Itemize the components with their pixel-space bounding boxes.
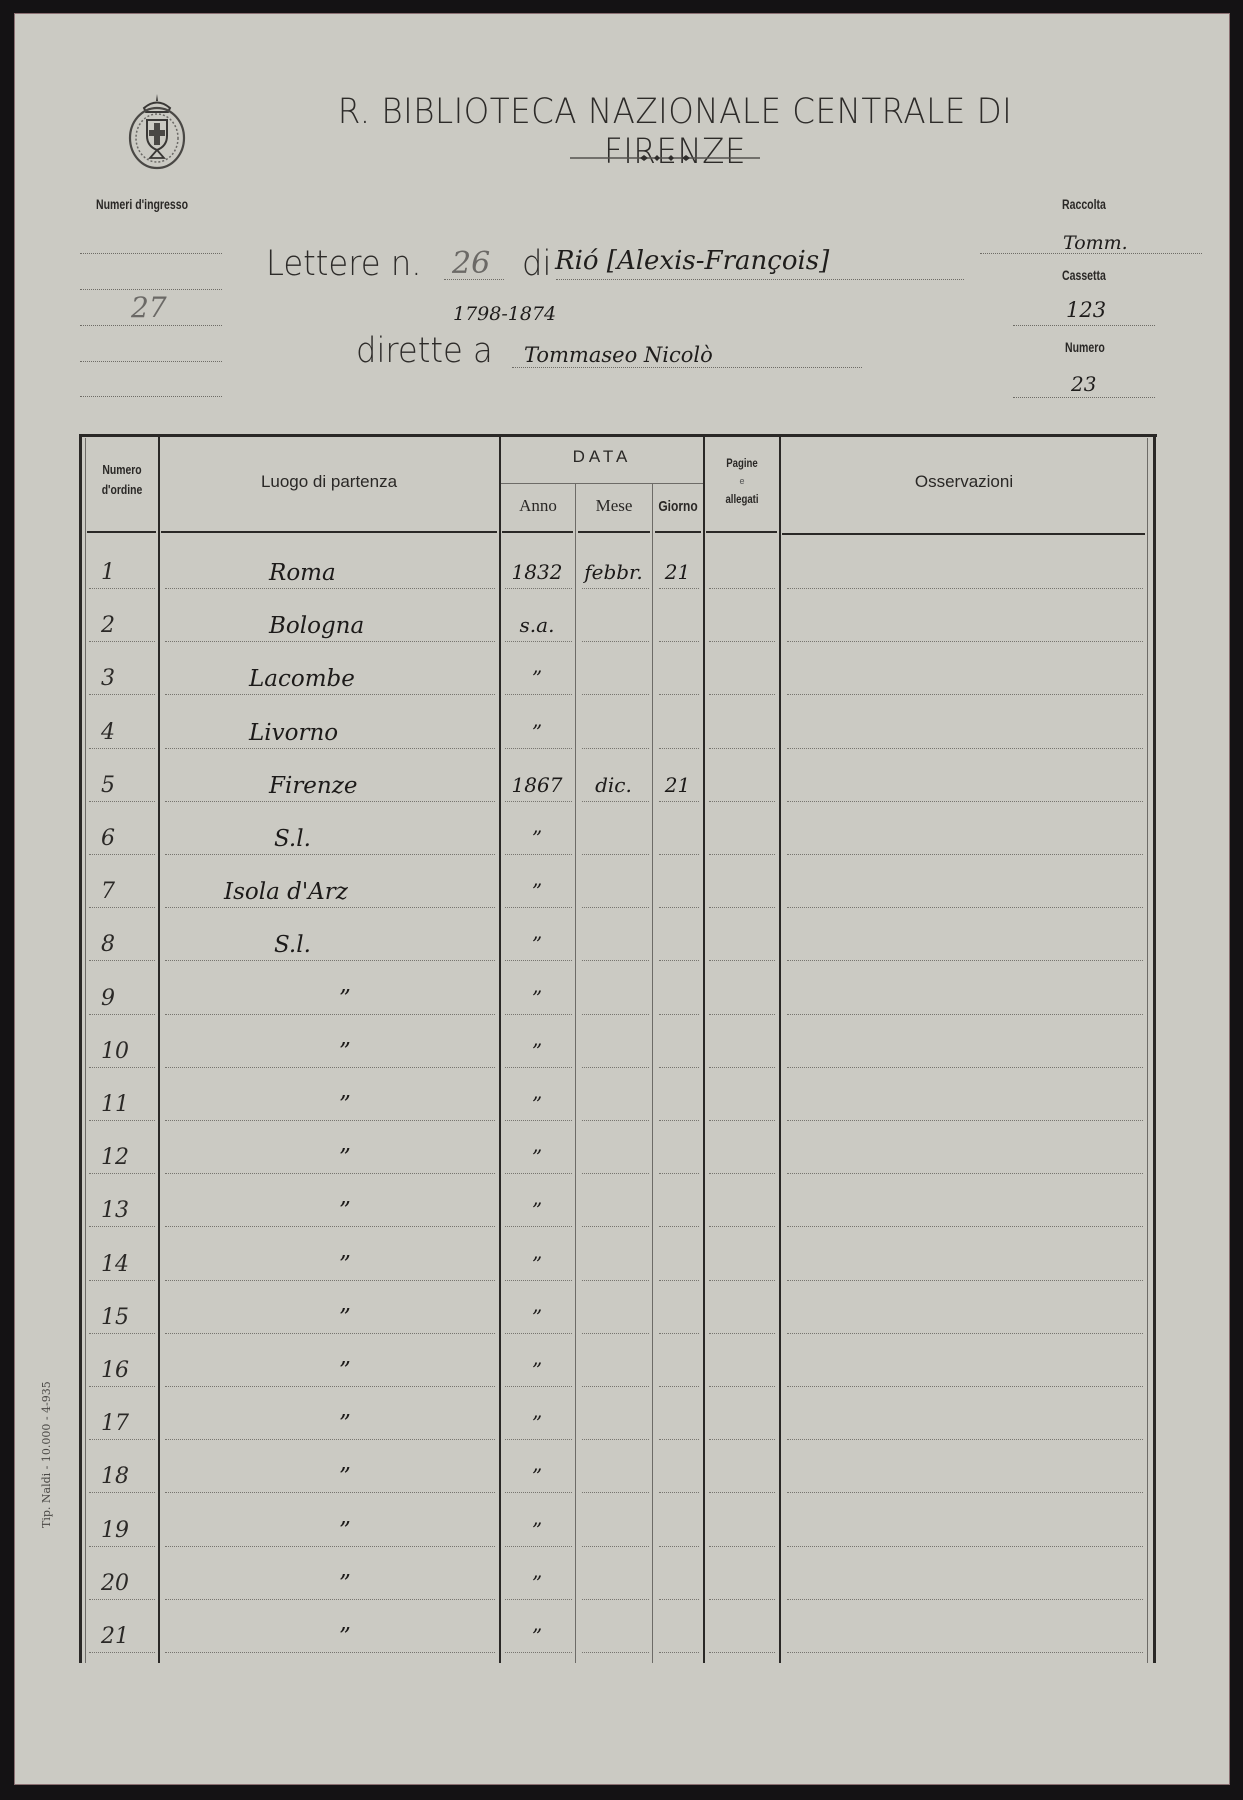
cell-giorno	[652, 1547, 703, 1600]
row-number: 11	[101, 1092, 129, 1117]
header-rule-pagine	[706, 531, 777, 533]
numeri-ingresso-label: Numeri d'ingresso	[96, 197, 188, 212]
cell-osservazioni	[779, 1600, 1147, 1653]
cell-mese	[575, 1387, 652, 1440]
row-number: 16	[101, 1358, 129, 1383]
table-row: 15””	[79, 1281, 1157, 1334]
row-anno: 1832	[499, 560, 575, 584]
cell-anno: ”	[499, 855, 575, 908]
row-anno: ”	[499, 1411, 575, 1435]
cassetta-label: Cassetta	[1062, 268, 1106, 283]
cell-anno: 1832	[499, 536, 575, 589]
cell-giorno	[652, 1600, 703, 1653]
cell-mese	[575, 589, 652, 642]
raccolta-value: Tomm.	[1063, 232, 1128, 254]
row-luogo: ”	[339, 1198, 351, 1224]
cell-pagine	[703, 589, 779, 642]
cell-osservazioni	[779, 696, 1147, 749]
cassetta-line	[1013, 325, 1155, 326]
row-luogo: Firenze	[269, 773, 357, 799]
cell-pagine	[703, 1174, 779, 1227]
row-number: 8	[101, 932, 115, 957]
row-luogo: Bologna	[269, 613, 364, 639]
cell-mese	[575, 908, 652, 961]
row-number: 5	[101, 773, 115, 798]
cell-osservazioni	[779, 855, 1147, 908]
header-rule-mese	[578, 531, 650, 533]
cell-giorno	[652, 1334, 703, 1387]
cell-giorno	[652, 1174, 703, 1227]
table-row: 14””	[79, 1228, 1157, 1281]
row-anno: ”	[499, 986, 575, 1010]
header-anno: Anno	[501, 496, 575, 516]
header-pagine-line2: e	[705, 472, 779, 490]
printer-imprint: Tip. Naldi - 10.000 - 4-935	[40, 1381, 53, 1528]
header-pagine-allegati: Pagine e allegati	[705, 454, 779, 508]
header-luogo-partenza: Luogo di partenza	[161, 472, 497, 492]
row-anno: ”	[499, 1092, 575, 1116]
table-row: 7Isola d'Arz”	[79, 855, 1157, 908]
cell-anno: ”	[499, 1387, 575, 1440]
cell-mese	[575, 1440, 652, 1493]
cell-mese	[575, 1228, 652, 1281]
cell-osservazioni	[779, 536, 1147, 589]
cell-osservazioni	[779, 1387, 1147, 1440]
ingresso-line-4	[80, 361, 222, 362]
cell-giorno	[652, 1387, 703, 1440]
row-number: 12	[101, 1145, 129, 1170]
numero-label: Numero	[1065, 340, 1105, 355]
cell-anno: ”	[499, 802, 575, 855]
cell-mese	[575, 802, 652, 855]
cell-pagine	[703, 1494, 779, 1547]
row-luogo: Isola d'Arz	[224, 879, 348, 905]
header-numero-line2: d'ordine	[94, 480, 150, 500]
recipient-name: Tommaseo Nicolò	[524, 343, 713, 367]
cell-osservazioni	[779, 1015, 1147, 1068]
row-anno: ”	[499, 1624, 575, 1648]
cell-osservazioni	[779, 802, 1147, 855]
cell-pagine	[703, 1068, 779, 1121]
header-rule-giorno	[655, 531, 701, 533]
cell-anno: ”	[499, 1121, 575, 1174]
ingresso-line-1	[80, 253, 222, 254]
table-row: 16””	[79, 1334, 1157, 1387]
cell-pagine	[703, 749, 779, 802]
cell-anno: ”	[499, 1334, 575, 1387]
row-number: 2	[101, 613, 115, 638]
cell-mese	[575, 1334, 652, 1387]
cell-giorno: 21	[652, 749, 703, 802]
cell-osservazioni	[779, 1121, 1147, 1174]
ingresso-line-5	[80, 396, 222, 397]
cell-osservazioni	[779, 1547, 1147, 1600]
cell-anno: ”	[499, 1494, 575, 1547]
table-row: 17””	[79, 1387, 1157, 1440]
cell-pagine	[703, 1547, 779, 1600]
header-rule-numero	[87, 531, 156, 533]
table-row: 3Lacombe”	[79, 642, 1157, 695]
row-number: 21	[101, 1624, 129, 1649]
cell-anno: ”	[499, 696, 575, 749]
row-number: 6	[101, 826, 115, 851]
header-rule-anno	[502, 531, 573, 533]
ornament-divider	[570, 154, 760, 162]
row-anno: 1867	[499, 773, 575, 797]
row-luogo: S.l.	[274, 826, 311, 852]
row-luogo: Lacombe	[249, 666, 355, 692]
row-number: 1	[101, 560, 115, 585]
row-luogo: ”	[339, 1624, 351, 1650]
row-anno: ”	[499, 1305, 575, 1329]
cell-anno: ”	[499, 642, 575, 695]
ingresso-line-2	[80, 289, 222, 290]
header-numero-line1: Numero	[94, 460, 150, 480]
cell-osservazioni	[779, 1068, 1147, 1121]
row-anno: ”	[499, 879, 575, 903]
cell-mese	[575, 1547, 652, 1600]
cell-anno: ”	[499, 1547, 575, 1600]
row-anno: ”	[499, 666, 575, 690]
table-row: 18””	[79, 1440, 1157, 1493]
cell-osservazioni	[779, 1281, 1147, 1334]
row-number: 18	[101, 1464, 129, 1489]
ingresso-line-3	[80, 325, 222, 326]
cell-anno: ”	[499, 1440, 575, 1493]
cell-giorno	[652, 1228, 703, 1281]
row-rule-luogo	[165, 1652, 495, 1653]
cell-giorno	[652, 1281, 703, 1334]
cell-osservazioni	[779, 962, 1147, 1015]
row-anno: ”	[499, 1358, 575, 1382]
cell-pagine	[703, 1228, 779, 1281]
table-row: 4Livorno”	[79, 696, 1157, 749]
row-anno: ”	[499, 1145, 575, 1169]
table-row: 2Bolognas.a.	[79, 589, 1157, 642]
row-luogo: ”	[339, 986, 351, 1012]
row-luogo: ”	[339, 1145, 351, 1171]
row-number: 13	[101, 1198, 129, 1223]
cell-osservazioni	[779, 1440, 1147, 1493]
royal-crest-icon	[122, 92, 192, 176]
header-numero-ordine: Numero d'ordine	[94, 460, 150, 500]
cell-osservazioni	[779, 1174, 1147, 1227]
cell-mese	[575, 642, 652, 695]
row-luogo: ”	[339, 1092, 351, 1118]
cell-anno: ”	[499, 1174, 575, 1227]
table-row: 19””	[79, 1494, 1157, 1547]
row-mese: febbr.	[575, 560, 652, 584]
cell-mese: dic.	[575, 749, 652, 802]
recipient-line	[512, 367, 862, 368]
cell-giorno	[652, 1121, 703, 1174]
cell-giorno	[652, 696, 703, 749]
row-number: 3	[101, 666, 115, 691]
table-row: 5Firenze1867dic.21	[79, 749, 1157, 802]
cell-giorno	[652, 642, 703, 695]
author-name: Rió [Alexis-François]	[555, 246, 829, 276]
cell-mese	[575, 855, 652, 908]
row-luogo: ”	[339, 1571, 351, 1597]
cell-mese	[575, 1174, 652, 1227]
cell-giorno	[652, 962, 703, 1015]
cell-pagine	[703, 1600, 779, 1653]
row-luogo: ”	[339, 1252, 351, 1278]
cell-anno: ”	[499, 1228, 575, 1281]
cell-pagine	[703, 1281, 779, 1334]
cell-pagine	[703, 962, 779, 1015]
cell-giorno	[652, 1015, 703, 1068]
row-number: 17	[101, 1411, 129, 1436]
row-anno: ”	[499, 826, 575, 850]
cell-giorno	[652, 1440, 703, 1493]
letters-register-table: Numero d'ordine Luogo di partenza DATA A…	[79, 434, 1157, 1663]
header-giorno: Giorno	[658, 498, 698, 515]
row-luogo: ”	[339, 1464, 351, 1490]
cell-osservazioni	[779, 589, 1147, 642]
row-anno: ”	[499, 932, 575, 956]
table-row: 10””	[79, 1015, 1157, 1068]
cell-giorno	[652, 1494, 703, 1547]
row-anno: ”	[499, 1464, 575, 1488]
cell-osservazioni	[779, 1494, 1147, 1547]
cell-pagine	[703, 536, 779, 589]
cell-pagine	[703, 1440, 779, 1493]
table-row: 6S.l.”	[79, 802, 1157, 855]
row-anno: ”	[499, 720, 575, 744]
row-anno: ”	[499, 1198, 575, 1222]
cell-anno: ”	[499, 1600, 575, 1653]
cell-pagine	[703, 855, 779, 908]
table-row: 21””	[79, 1600, 1157, 1653]
numero-value: 23	[1071, 372, 1096, 396]
cell-mese	[575, 1068, 652, 1121]
cell-anno: ”	[499, 1281, 575, 1334]
table-row: 11””	[79, 1068, 1157, 1121]
author-dates: 1798-1874	[453, 303, 556, 325]
row-number: 10	[101, 1039, 129, 1064]
row-rule-numero	[89, 1652, 155, 1653]
cell-mese	[575, 1281, 652, 1334]
header-pagine-line1: Pagine	[712, 454, 771, 472]
header-rule-luogo	[161, 531, 497, 533]
cell-pagine	[703, 1387, 779, 1440]
dirette-label: dirette a	[356, 331, 493, 371]
table-row: 20””	[79, 1547, 1157, 1600]
cell-pagine	[703, 696, 779, 749]
header-rule-osservazioni	[782, 533, 1145, 535]
row-anno: ”	[499, 1518, 575, 1542]
row-luogo: ”	[339, 1305, 351, 1331]
lettere-count: 26	[452, 246, 490, 281]
row-number: 19	[101, 1518, 129, 1543]
cell-pagine	[703, 1121, 779, 1174]
table-top-rule	[79, 434, 1157, 437]
cell-mese: febbr.	[575, 536, 652, 589]
cell-mese	[575, 962, 652, 1015]
cell-anno: ”	[499, 962, 575, 1015]
cell-pagine	[703, 1334, 779, 1387]
cell-anno: ”	[499, 908, 575, 961]
header-data: DATA	[501, 447, 703, 467]
author-line	[556, 279, 964, 280]
table-row: 13””	[79, 1174, 1157, 1227]
row-anno: ”	[499, 1571, 575, 1595]
row-number: 15	[101, 1305, 129, 1330]
cell-mese	[575, 1494, 652, 1547]
cell-anno: 1867	[499, 749, 575, 802]
cell-pagine	[703, 642, 779, 695]
cell-giorno	[652, 589, 703, 642]
cell-mese	[575, 1600, 652, 1653]
cell-osservazioni	[779, 1334, 1147, 1387]
row-luogo: ”	[339, 1039, 351, 1065]
cell-pagine	[703, 1015, 779, 1068]
row-luogo: ”	[339, 1411, 351, 1437]
header-osservazioni: Osservazioni	[781, 472, 1147, 492]
row-number: 14	[101, 1252, 129, 1277]
cell-anno: s.a.	[499, 589, 575, 642]
row-mese: dic.	[575, 773, 652, 797]
cell-giorno	[652, 908, 703, 961]
row-anno: s.a.	[499, 613, 575, 637]
row-luogo: Roma	[269, 560, 336, 586]
row-luogo: S.l.	[274, 932, 311, 958]
row-number: 7	[101, 879, 115, 904]
cell-osservazioni	[779, 749, 1147, 802]
cell-pagine	[703, 908, 779, 961]
row-giorno: 21	[652, 560, 703, 584]
numero-line	[1013, 397, 1155, 398]
table-row: 1Roma1832febbr.21	[79, 536, 1157, 589]
cell-anno: ”	[499, 1068, 575, 1121]
row-luogo: ”	[339, 1518, 351, 1544]
row-number: 20	[101, 1571, 129, 1596]
header-pagine-line3: allegati	[712, 490, 771, 508]
cell-mese	[575, 1015, 652, 1068]
row-luogo: ”	[339, 1358, 351, 1384]
cell-osservazioni	[779, 1228, 1147, 1281]
data-subheader-rule	[501, 483, 703, 484]
header-mese: Mese	[576, 496, 652, 516]
row-giorno: 21	[652, 773, 703, 797]
row-luogo: Livorno	[249, 720, 338, 746]
row-number: 4	[101, 720, 115, 745]
cell-giorno	[652, 1068, 703, 1121]
cell-osservazioni	[779, 642, 1147, 695]
cell-anno: ”	[499, 1015, 575, 1068]
cell-giorno: 21	[652, 536, 703, 589]
cell-osservazioni	[779, 908, 1147, 961]
row-anno: ”	[499, 1252, 575, 1276]
ingresso-value: 27	[131, 291, 167, 324]
row-number: 9	[101, 986, 115, 1011]
table-row: 12””	[79, 1121, 1157, 1174]
table-row: 8S.l.”	[79, 908, 1157, 961]
cell-mese	[575, 1121, 652, 1174]
row-anno: ”	[499, 1039, 575, 1063]
cell-giorno	[652, 855, 703, 908]
raccolta-label: Raccolta	[1062, 197, 1106, 212]
di-label: di	[522, 244, 551, 284]
lettere-label: Lettere n.	[266, 244, 421, 284]
cell-pagine	[703, 802, 779, 855]
table-row: 9””	[79, 962, 1157, 1015]
cassetta-value: 123	[1066, 298, 1106, 322]
cell-giorno	[652, 802, 703, 855]
cell-mese	[575, 696, 652, 749]
